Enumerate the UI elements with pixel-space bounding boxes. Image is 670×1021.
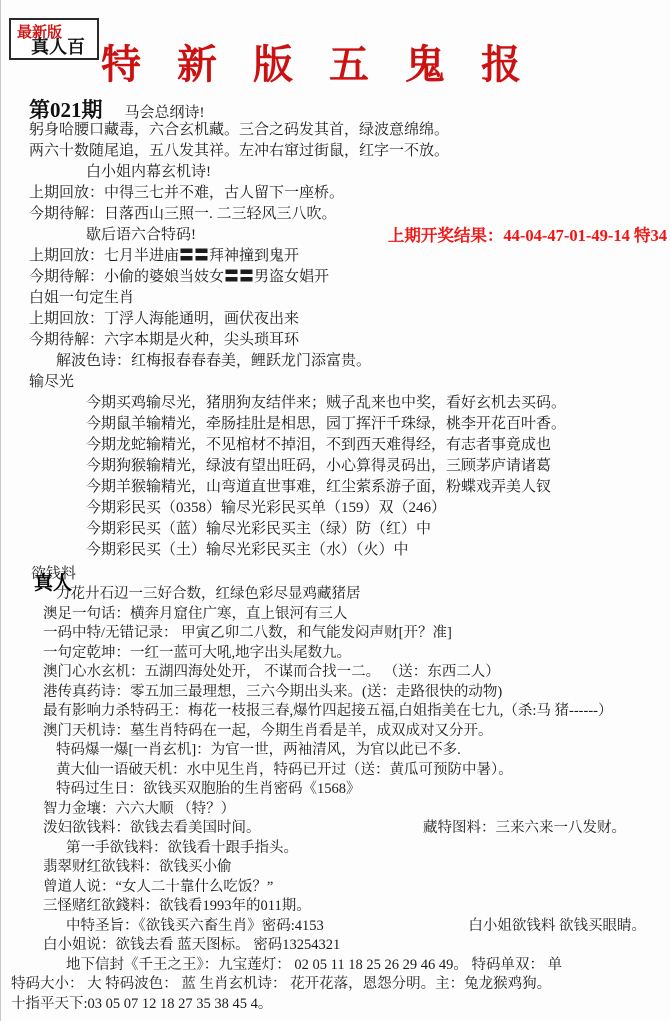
feicui-line: 翡翠财红欲钱料：欲钱买小偷 [1, 858, 670, 878]
page-title: 特新版五鬼报 [101, 44, 670, 86]
pofu-left: 泼妇欲钱料：欲钱去看美国时间。 [1, 819, 261, 839]
diyishou-line: 第一手欲钱料：欲钱看十跟手指头。 [1, 839, 670, 859]
badge-overlay-label: 真人百 [31, 33, 85, 59]
shengzhi-left: 中特圣旨：《欲钱买六畜生肖》密码:4153 [1, 917, 324, 937]
shujinguang-heading: 输尽光 [1, 372, 670, 393]
master-poem-line: 两六十数随尾追，五八发其祥。左冲右窜过街鼠，红字一不放。 [1, 141, 670, 162]
section-yuqianliao: 欲钱料 真人 力花廾石辺一三好合数，红绿色彩尽显鸡藏猪居 澳足一句话：横奔月窟住… [1, 561, 670, 1014]
shujinguang-line: 今期彩民买（土）输尽光彩民买主（水）（火）中 [1, 540, 670, 561]
shujinguang-line: 今期彩民买（0358）输尽光彩民买单（159）双（246） [1, 498, 670, 519]
shengxiao-prev-line: 上期回放：丁浮人海能通明，画伏夜出来 [1, 309, 670, 330]
issue-row: 第021期 马会总纲诗! [29, 94, 670, 120]
shujinguang-line: 今期彩民买（蓝）输尽光彩民买主（绿）防（红）中 [1, 519, 670, 540]
edition-badge: 最新版 真人百 [9, 18, 99, 60]
baishuo-line: 白小姐说：欲钱去看 蓝天图标。 密码13254321 [1, 936, 670, 956]
xiehouyu-current-line: 今期待解：小偷的婆娘当妓女〓〓男盗女娼开 [1, 267, 670, 288]
shujinguang-line: 今期买鸡输尽光，猪朋狗友结伴来；贼子乱来也中奖，看好玄机去买码。 [1, 393, 670, 414]
page: 最新版 真人百 特新版五鬼报 第021期 马会总纲诗! 躬身哈腰口藏毒，六合玄机… [0, 0, 670, 1021]
shengxiao-current-line: 今期待解：六字本期是火种，尖头琐耳环 [1, 330, 670, 351]
tip-line: 一句定乾坤：一红一蓝可大吼,地字出头尾数九。 [1, 644, 670, 664]
tip-line: 澳门天机诗：墓生肖特码在一起，今期生肖看是羊，成双成对又分开。 [1, 722, 670, 742]
shujinguang-line: 今期龙蛇输精光，不见棺材不掉泪，不到西天难得经，有志者事竟成也 [1, 435, 670, 456]
tema-line: 特码大小： 大 特码波色： 蓝 生肖玄机诗： 花开花落，恩怨分明。主：兔龙猴鸡狗… [1, 975, 670, 995]
xiehouyu-heading-row: 歇后语六合特码! 上期开奖结果：44-04-47-01-49-14 特34 [1, 225, 670, 246]
xiehouyu-prev-line: 上期回放：七月半进庙〓〓拜神撞到鬼开 [1, 246, 670, 267]
pofu-row: 泼妇欲钱料：欲钱去看美国时间。 藏特图料：三来六来一八发财。 [1, 819, 670, 839]
shengzhi-row: 中特圣旨：《欲钱买六畜生肖》密码:4153 白小姐欲钱料 欲钱买眼睛。 [1, 917, 670, 937]
yuqianliao-overlay-label: 真人 [34, 568, 72, 595]
master-poem-line: 躬身哈腰口藏毒，六合玄机藏。三合之码发其首，绿波意绵绵。 [1, 120, 670, 141]
baixiaojie-prev-line: 上期回放：中得三七并不难，古人留下一座桥。 [1, 183, 670, 204]
tip-line-indented: 特码爆一爆[一肖玄机]：为官一世，两袖清风，为官以此已不多. [1, 741, 670, 761]
tip-line: 港传真药诗：零五加三最理想，三六今期出头来。(送：走路很快的动物) [1, 683, 670, 703]
zengdaoren-line: 曾道人说：“女人二十靠什么吃饭？” [1, 878, 670, 898]
last-draw-result: 上期开奖结果：44-04-47-01-49-14 特34 [388, 225, 667, 246]
xiehouyu-heading: 歇后语六合特码! [1, 225, 196, 246]
riddle-line: 力花廾石辺一三好合数，红绿色彩尽显鸡藏猪居 [1, 585, 670, 605]
baixiaojie-heading: 白小姐内幕玄机诗! [1, 162, 670, 183]
cangte-right: 藏特图料：三来六来一八发财。 [423, 819, 626, 839]
shujinguang-line: 今期鼠羊输精光，牵肠挂肚是相思，园丁挥汗千珠绿，桃李开花百叶香。 [1, 414, 670, 435]
tip-line-indented: 黄大仙一语破天机：水中见生肖，特码已开过（送：黄瓜可预防中暑）。 [1, 761, 670, 781]
tip-line: 澳门心水玄机：五湖四海处处开， 不谋而合找一二。 （送：东西二人） [1, 663, 670, 683]
tip-line-indented: 特码过生日：欲钱买双胞胎的生肖密码《1568》 [1, 780, 670, 800]
sanguai-line: 三怪赌红欲錢料：欲钱看1993年的011期。 [1, 897, 670, 917]
tip-line: 一码中特/无错记录： 甲寅乙卯二八数，和气能发闷声财[开？准] [1, 624, 670, 644]
baixiaojie-current-line: 今期待解：日落西山三照一. 二三轻风三八吹。 [1, 204, 670, 225]
shengxiao-heading: 白姐一句定生肖 [1, 288, 670, 309]
tip-line: 澳足一句话：横奔月窟住广寒，直上银河有三人 [1, 605, 670, 625]
section-master-poem: 躬身哈腰口藏毒，六合玄机藏。三合之码发其首，绿波意绵绵。 两六十数随尾追，五八发… [1, 120, 670, 372]
bose-poem-line: 解波色诗：红梅报春春春美，鲤跃龙门添富贵。 [1, 351, 670, 372]
shengzhi-right: 白小姐欲钱料 欲钱买眼睛。 [468, 917, 646, 937]
issue-subtitle: 马会总纲诗! [125, 101, 205, 122]
yuqianliao-heading-row: 欲钱料 真人 [1, 561, 670, 585]
zhili-line: 智力金壤：六六大顺 （特？） [1, 800, 670, 820]
tip-line: 最有影响力杀特码王：梅花一枝报三春,爆竹四起接五福,白姐指美在七九,（杀:马 猪… [1, 702, 670, 722]
shizhi-line: 十指平天下:03 05 07 12 18 27 35 38 45 4。 [1, 995, 670, 1015]
shujinguang-line: 今期羊猴输精光，山弯道直世事难，红尘萦系游子面，粉蝶戏弄美人钗 [1, 477, 670, 498]
dixia-line: 地下信封《千王之王》：九宝莲灯： 02 05 11 18 25 26 29 46… [1, 956, 670, 976]
shujinguang-line: 今期狗猴输精光，绿波有望出旺码，小心算得灵码出，三顾茅庐请诸葛 [1, 456, 670, 477]
section-shujinguang: 输尽光 今期买鸡输尽光，猪朋狗友结伴来；贼子乱来也中奖，看好玄机去买码。 今期鼠… [1, 372, 670, 561]
